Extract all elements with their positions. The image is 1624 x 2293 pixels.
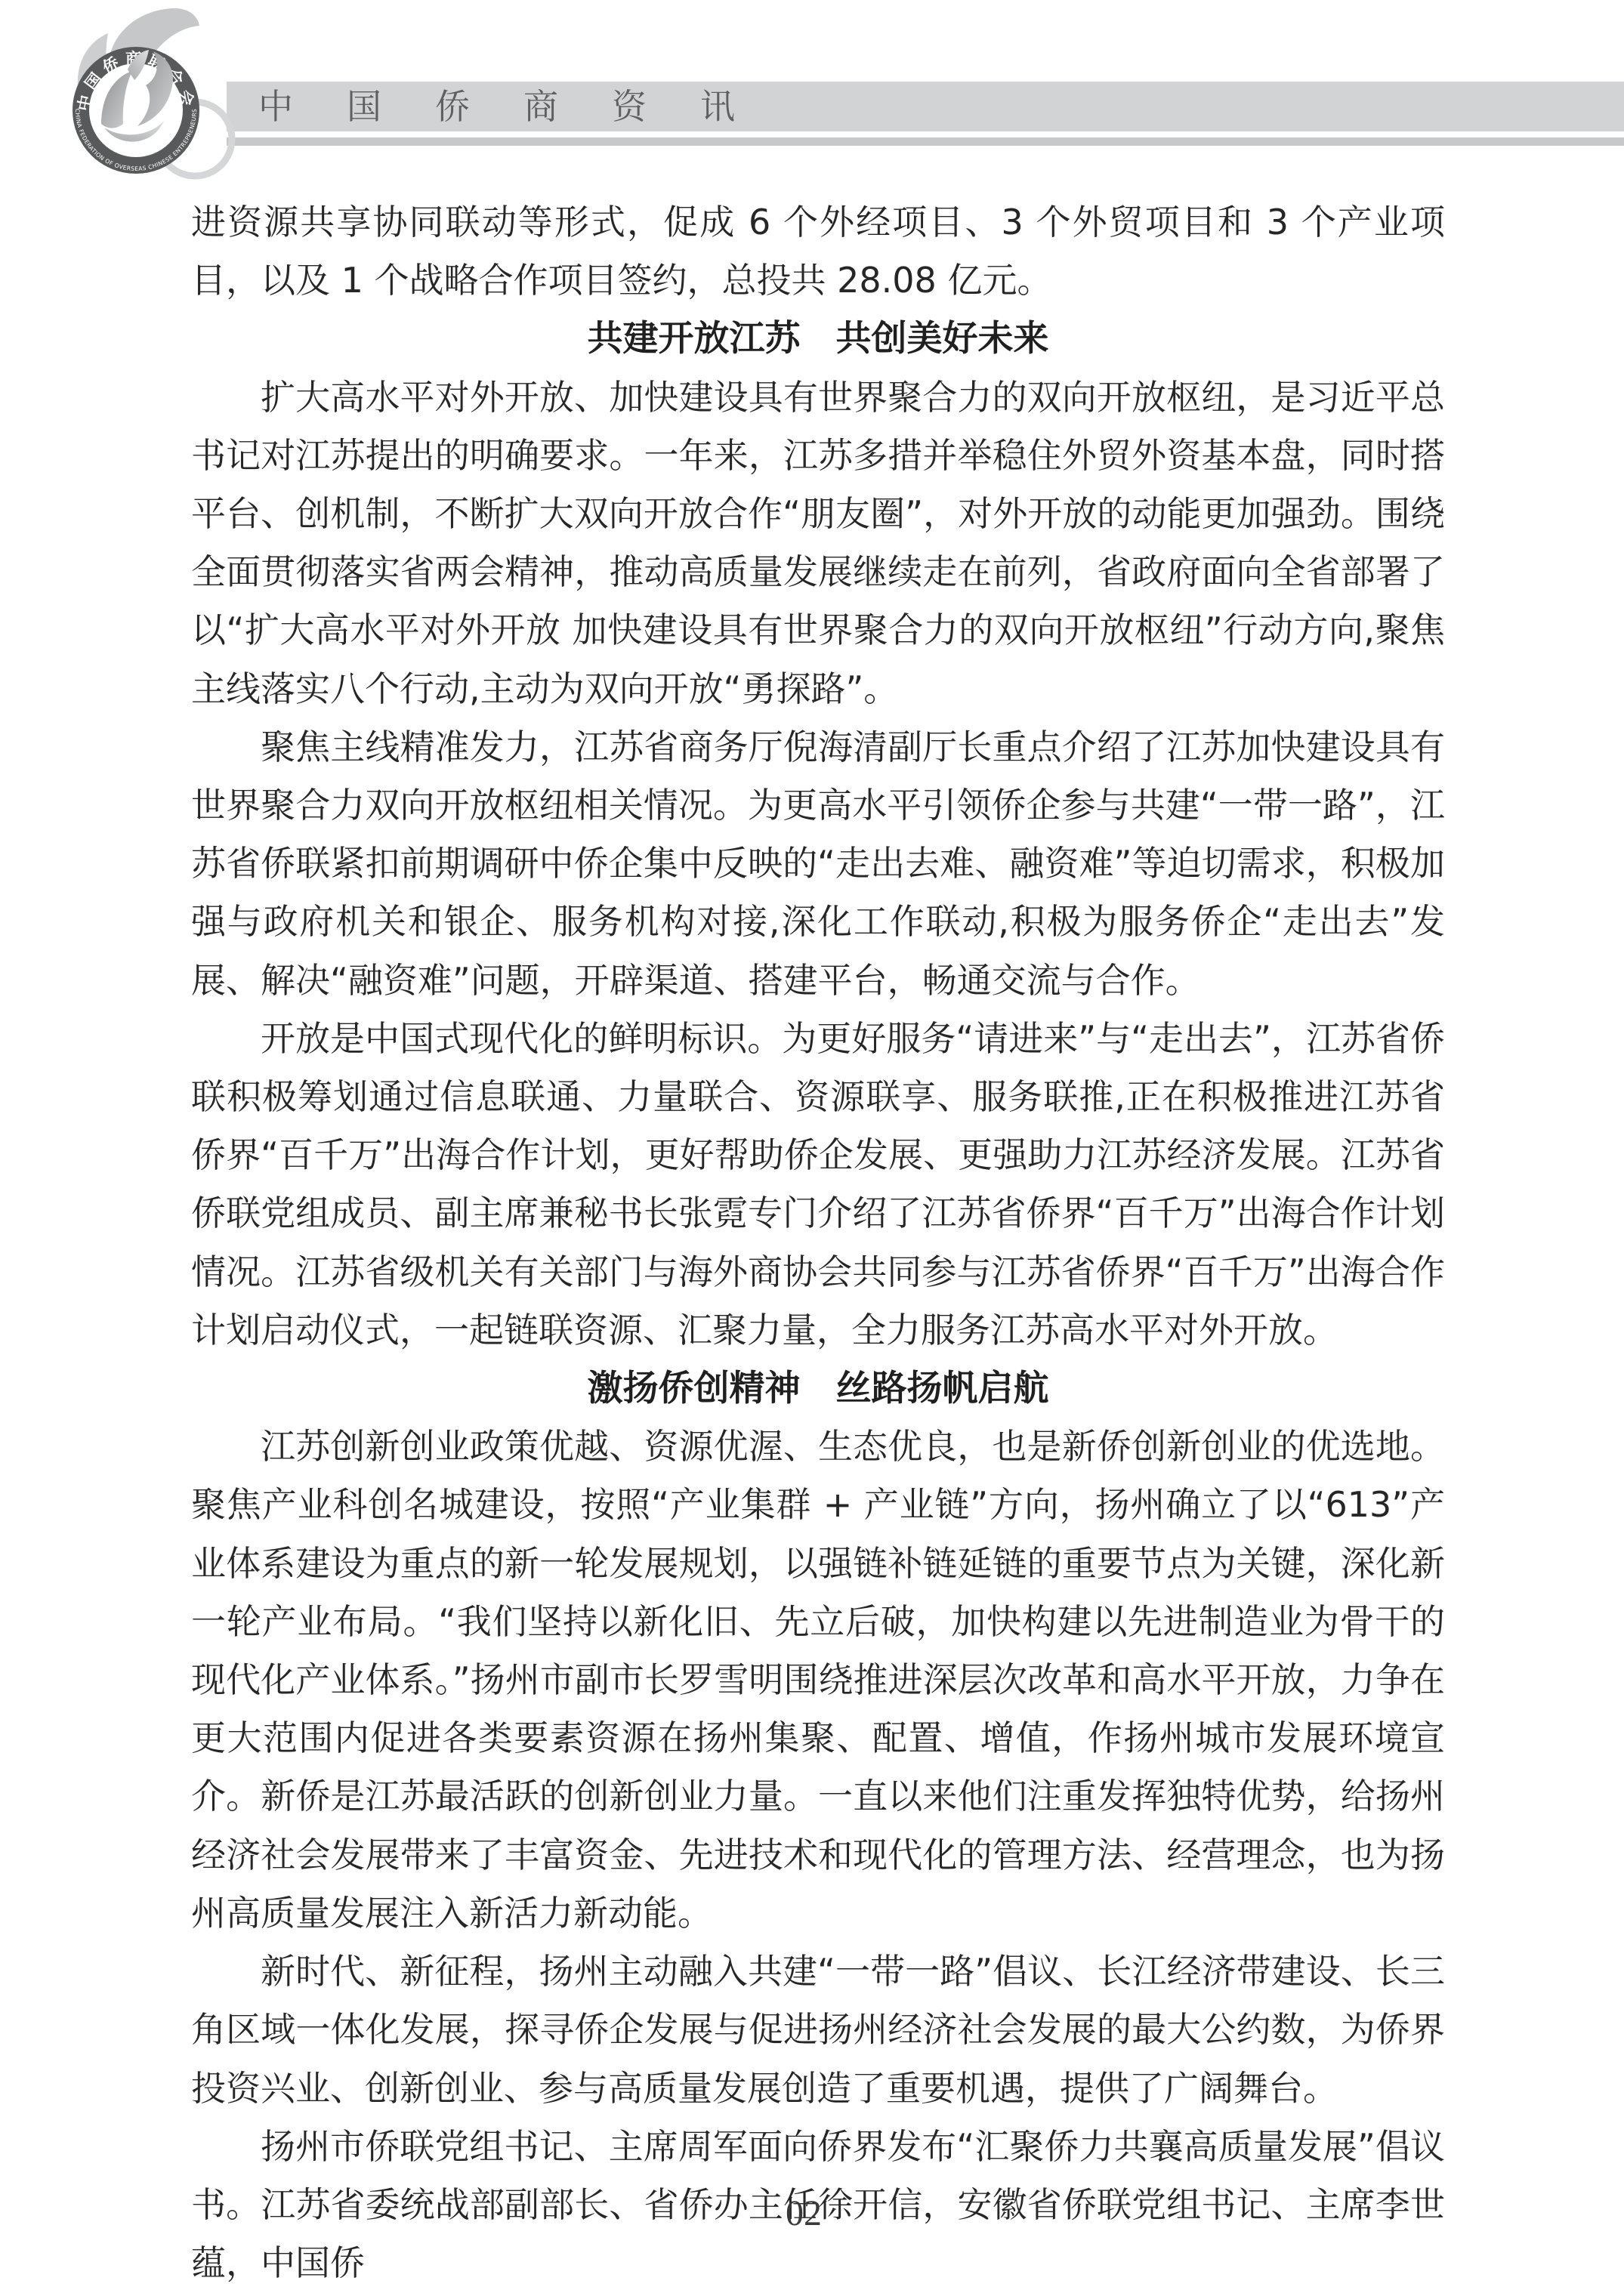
masthead-title: 中国侨商资讯 xyxy=(258,88,789,125)
article-paragraph: 进资源共享协同联动等形式，促成 6 个外经项目、3 个外贸项目和 3 个产业项目… xyxy=(191,193,1445,310)
federation-logo-icon: 中国侨商联合会 CHINA FEDERATION OF OVERSEAS CHI… xyxy=(38,5,287,182)
article-paragraph: 扩大高水平对外开放、加快建设具有世界聚合力的双向开放枢纽，是习近平总书记对江苏提… xyxy=(191,369,1445,718)
article-paragraph: 新时代、新征程，扬州主动融入共建“一带一路”倡议、长江经济带建设、长三角区域一体… xyxy=(191,1943,1445,2118)
article-paragraph: 江苏创新创业政策优越、资源优渥、生态优良，也是新侨创新创业的优选地。聚焦产业科创… xyxy=(191,1418,1445,1943)
document-page: 中国侨商资讯 中国侨商联合会 CHINA FEDERATION OF xyxy=(0,0,1624,2293)
masthead-underline xyxy=(227,137,1624,146)
article-paragraph: 开放是中国式现代化的鲜明标识。为更好服务“请进来”与“走出去”，江苏省侨联积极筹… xyxy=(191,1010,1445,1359)
section-heading: 激扬侨创精神 丝路扬帆启航 xyxy=(191,1359,1445,1418)
page-number: 02 xyxy=(0,2193,1607,2234)
article: 进资源共享协同联动等形式，促成 6 个外经项目、3 个外贸项目和 3 个产业项目… xyxy=(191,193,1445,2292)
article-paragraph: 聚焦主线精准发力，江苏省商务厅倪海清副厅长重点介绍了江苏加快建设具有世界聚合力双… xyxy=(191,718,1445,1010)
section-heading: 共建开放江苏 共创美好未来 xyxy=(191,310,1445,368)
